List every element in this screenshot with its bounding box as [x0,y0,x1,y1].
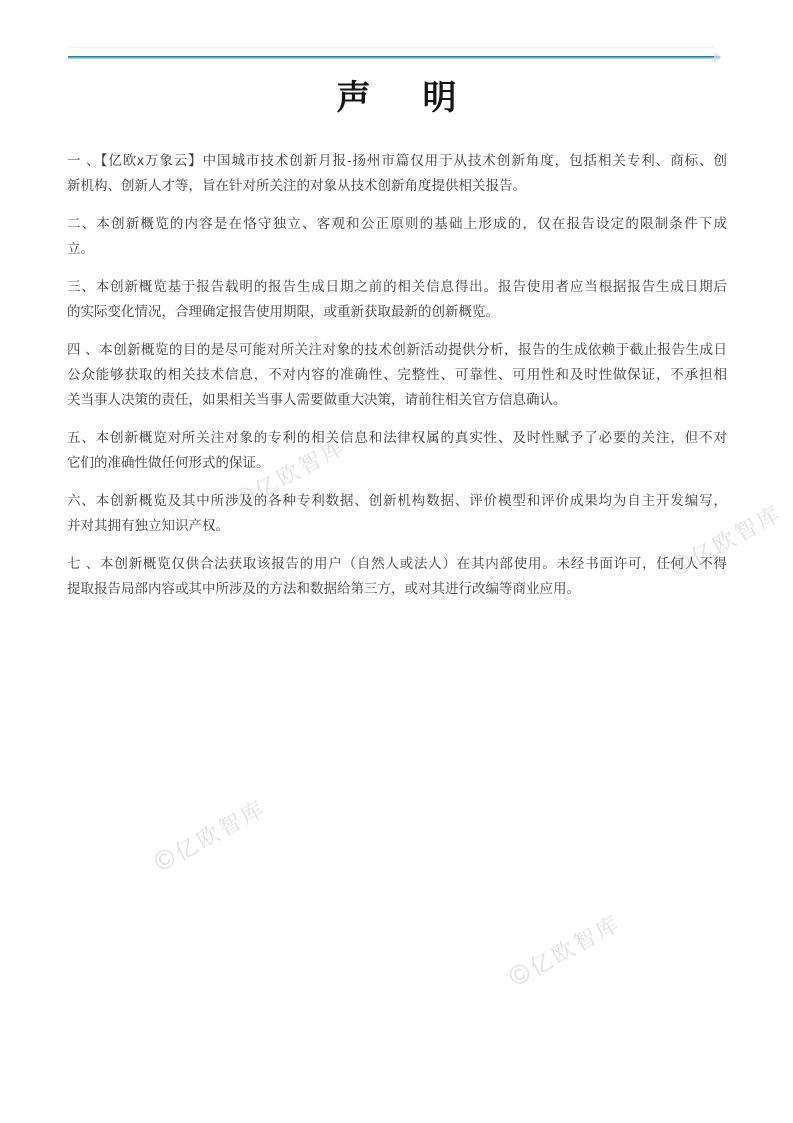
paragraph-line: 立。 [67,236,727,261]
paragraph-line: 四 、本创新概览的目的是尽可能对所关注对象的技术创新活动提供分析，报告的生成依赖… [67,337,727,362]
paragraph-line: 二、本创新概览的内容是在恪守独立、客观和公正原则的基础上形成的，仅在报告设定的限… [67,211,727,236]
paragraph-line: 并对其拥有独立知识产权。 [67,513,727,538]
statement-paragraph: 一 、【亿欧x万象云】中国城市技术创新月报-扬州市篇仅用于从技术创新角度，包括相… [67,148,727,198]
statement-paragraph: 六、本创新概览及其中所涉及的各种专利数据、创新机构数据、评价模型和评价成果均为自… [67,488,727,538]
paragraph-line: 六、本创新概览及其中所涉及的各种专利数据、创新机构数据、评价模型和评价成果均为自… [67,488,727,513]
paragraph-line: 它们的准确性做任何形式的保证。 [67,450,727,475]
paragraph-line: 提取报告局部内容或其中所涉及的方法和数据给第三方，或对其进行改编等商业应用。 [67,576,727,601]
paragraph-line: 新机构、创新人才等，旨在针对所关注的对象从技术创新角度提供相关报告。 [67,173,727,198]
paragraph-line: 的实际变化情况，合理确定报告使用期限，或重新获取最新的创新概览。 [67,299,727,324]
statement-paragraphs: 一 、【亿欧x万象云】中国城市技术创新月报-扬州市篇仅用于从技术创新角度，包括相… [67,148,727,614]
statement-paragraph: 二、本创新概览的内容是在恪守独立、客观和公正原则的基础上形成的，仅在报告设定的限… [67,211,727,261]
header-divider-dotted [68,47,713,48]
paragraph-line: 三、本创新概览基于报告载明的报告生成日期之前的相关信息得出。报告使用者应当根据报… [67,274,727,299]
divider-arrow-icon [714,52,722,62]
paragraph-line: 五、本创新概览对所关注对象的专利的相关信息和法律权属的真实性、及时性赋予了必要的… [67,425,727,450]
paragraph-line: 一 、【亿欧x万象云】中国城市技术创新月报-扬州市篇仅用于从技术创新角度，包括相… [67,148,727,173]
header-divider [68,56,720,59]
statement-page: ©亿欧智库 ©亿欧智库 ©亿欧智库 ©亿欧智库 声 明 一 、【亿欧x万象云】中… [0,0,793,1123]
page-title: 声 明 [0,76,793,120]
statement-paragraph: 三、本创新概览基于报告载明的报告生成日期之前的相关信息得出。报告使用者应当根据报… [67,274,727,324]
watermark: ©亿欧智库 [149,792,272,879]
page-title-char: 声 [337,76,371,120]
statement-paragraph: 七 、本创新概览仅供合法获取该报告的用户（自然人或法人）在其内部使用。未经书面许… [67,551,727,601]
statement-paragraph: 四 、本创新概览的目的是尽可能对所关注对象的技术创新活动提供分析，报告的生成依赖… [67,337,727,412]
page-title-char: 明 [423,76,457,120]
watermark: ©亿欧智库 [504,907,627,994]
paragraph-line: 七 、本创新概览仅供合法获取该报告的用户（自然人或法人）在其内部使用。未经书面许… [67,551,727,576]
statement-paragraph: 五、本创新概览对所关注对象的专利的相关信息和法律权属的真实性、及时性赋予了必要的… [67,425,727,475]
paragraph-line: 公众能够获取的相关技术信息，不对内容的准确性、完整性、可靠性、可用性和及时性做保… [67,362,727,387]
paragraph-line: 关当事人决策的责任，如果相关当事人需要做重大决策，请前往相关官方信息确认。 [67,387,727,412]
